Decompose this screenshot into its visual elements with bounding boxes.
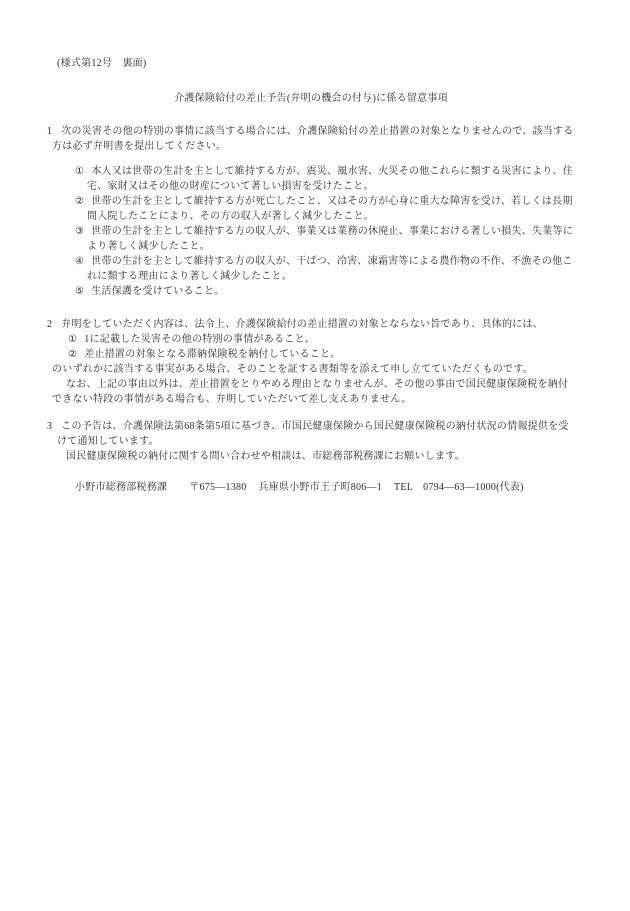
contact-address: 兵庫県小野市王子町806―1 (259, 482, 383, 493)
item-marker: ⑤ (75, 284, 84, 299)
section-2-items: ①1に記載した災害その他の特別の事情があること。 ②差止措置の対象となる滞納保険… (47, 332, 575, 362)
document-page: (様式第12号 裏面) 介護保険給付の差止予告(弁明の機会の付与)に係る留意事項… (0, 0, 630, 911)
item-marker: ① (75, 164, 84, 179)
list-item: ⑤生活保護を受けていること。 (47, 284, 575, 299)
document-content: (様式第12号 裏面) 介護保険給付の差止予告(弁明の機会の付与)に係る留意事項… (47, 56, 575, 495)
item-marker: ① (68, 332, 77, 347)
item-marker: ③ (75, 224, 84, 239)
section-1-number: 1 (47, 124, 52, 139)
item-text: 1に記載した災害その他の特別の事情があること。 (84, 334, 315, 345)
list-item: ①本人又は世帯の生計を主として維持する方が、震災、風水害、火災その他これらに類す… (47, 164, 575, 194)
item-text: 本人又は世帯の生計を主として維持する方が、震災、風水害、火災その他これらに類する… (87, 166, 573, 192)
section-2-text: 弁明をしていただく内容は、法令上、介護保険給付の差止措置の対象とならない旨であり… (61, 319, 543, 330)
section-2-conclusion: のいずれかに該当する事実がある場合、そのことを証する書類等を添えて申し立てていた… (47, 362, 575, 377)
section-3-note: 国民健康保険税の納付に関する問い合わせや相談は、市総務部税務課にお願いします。 (47, 449, 575, 464)
contact-tel-label: TEL (394, 482, 413, 493)
section-2: 2弁明をしていただく内容は、法令上、介護保険給付の差止措置の対象とならない旨であ… (47, 317, 575, 407)
item-text: 差止措置の対象となる滞納保険税を納付していること。 (84, 349, 340, 360)
section-1-text: 次の災害その他の特別の事情に該当する場合には、介護保険給付の差止措置の対象となり… (52, 126, 574, 152)
item-marker: ④ (75, 254, 84, 269)
list-item: ③世帯の生計を主として維持する方の収入が、事業又は業務の休廃止、事業における著し… (47, 224, 575, 254)
item-text: 世帯の生計を主として維持する方が死亡したこと、又はその方が心身に重大な障害を受け… (87, 196, 573, 222)
section-2-note: なお、上記の事由以外は、差止措置をとりやめる理由となりませんが、その他の事由で国… (47, 377, 575, 407)
contact-postal-code: 〒675―1380 (189, 482, 246, 493)
item-marker: ② (68, 347, 77, 362)
list-item: ①1に記載した災害その他の特別の事情があること。 (47, 332, 575, 347)
contact-tel-number: 0794―63―1000(代表) (423, 482, 524, 493)
list-item: ②世帯の生計を主として維持する方が死亡したこと、又はその方が心身に重大な障害を受… (47, 194, 575, 224)
form-number-label: (様式第12号 裏面) (57, 56, 575, 71)
section-3-number: 3 (47, 419, 52, 434)
section-2-paragraph: 2弁明をしていただく内容は、法令上、介護保険給付の差止措置の対象とならない旨であ… (47, 317, 575, 332)
section-1-items: ①本人又は世帯の生計を主として維持する方が、震災、風水害、火災その他これらに類す… (47, 164, 575, 299)
list-item: ④世帯の生計を主として維持する方の収入が、干ばつ、冷害、凍霜害等による農作物の不… (47, 254, 575, 284)
section-3-text: この予告は、介護保険法第68条第5項に基づき、市国民健康保険から国民健康保険税の… (57, 421, 569, 447)
section-1-paragraph: 1次の災害その他の特別の事情に該当する場合には、介護保険給付の差止措置の対象とな… (47, 124, 575, 154)
item-marker: ② (75, 194, 84, 209)
item-text: 生活保護を受けていること。 (91, 286, 224, 297)
section-3: 3この予告は、介護保険法第68条第5項に基づき、市国民健康保険から国民健康保険税… (47, 419, 575, 464)
section-3-paragraph: 3この予告は、介護保険法第68条第5項に基づき、市国民健康保険から国民健康保険税… (47, 419, 575, 449)
document-title: 介護保険給付の差止予告(弁明の機会の付与)に係る留意事項 (47, 91, 575, 106)
item-text: 世帯の生計を主として維持する方の収入が、事業又は業務の休廃止、事業における著しい… (87, 226, 573, 252)
item-text: 世帯の生計を主として維持する方の収入が、干ばつ、冷害、凍霜害等による農作物の不作… (87, 256, 573, 282)
section-2-number: 2 (47, 317, 52, 332)
contact-line: 小野市総務部税務課〒675―1380兵庫県小野市王子町806―1TEL0794―… (47, 480, 575, 495)
list-item: ②差止措置の対象となる滞納保険税を納付していること。 (47, 347, 575, 362)
section-1: 1次の災害その他の特別の事情に該当する場合には、介護保険給付の差止措置の対象とな… (47, 124, 575, 299)
contact-office: 小野市総務部税務課 (75, 482, 167, 493)
